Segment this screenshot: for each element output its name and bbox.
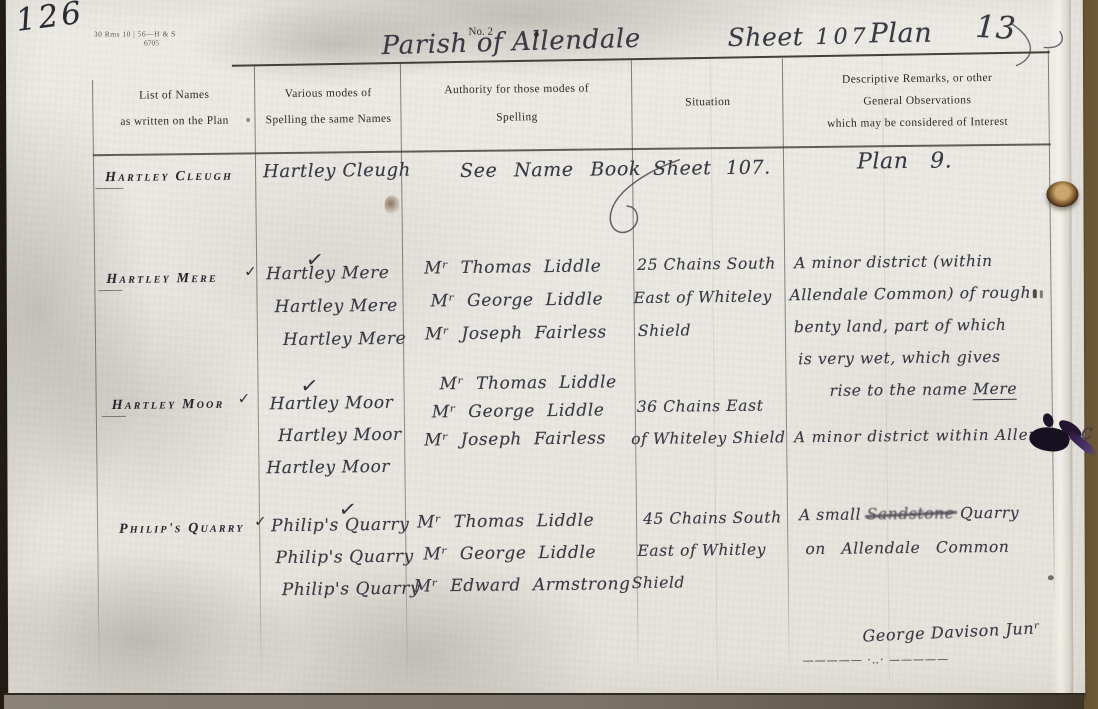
entry-remarks-line: is very wet, which gives — [798, 348, 1001, 368]
title-flourish — [1003, 19, 1074, 70]
ink-speck — [1033, 289, 1037, 298]
entry-authority: Mʳ Thomas Liddle — [417, 511, 594, 533]
ink-speck — [246, 118, 250, 122]
entry-lead-line — [102, 416, 126, 417]
title-plan-label: Plan — [869, 18, 932, 50]
entry-name: Hartley Moor — [112, 397, 225, 414]
ink-speck — [1048, 575, 1054, 580]
check-mark: ✓ — [238, 389, 251, 407]
tape-smudge — [384, 196, 399, 216]
remarks-pre-text: A small — [799, 506, 861, 525]
entry-name: Philip's Quarry — [119, 521, 245, 538]
check-mark: ✓ — [244, 262, 257, 280]
header-names-line2: as written on the Plan — [94, 114, 254, 128]
entry-situation-line: 25 Chains South — [637, 254, 776, 274]
entry-spelling: Hartley Moor — [270, 393, 394, 414]
ink-speck — [1040, 290, 1043, 298]
table-right-border — [1048, 49, 1055, 609]
scanned-document: 126 30 Rms 10 | 56—H & S 6705 No. 2 Pari… — [0, 0, 1098, 709]
entry-remarks-line: A small Sandstone Quarry — [799, 504, 1019, 524]
binding-hole — [1046, 181, 1078, 207]
entry-lead-line — [95, 188, 123, 189]
entry-remarks-line: A minor district (within — [794, 252, 993, 272]
entry-authority: Mʳ Thomas Liddle — [424, 256, 601, 278]
entry-situation-line: 36 Chains East — [637, 397, 764, 416]
entry-authority: Mʳ Joseph Fairless — [425, 322, 607, 344]
col-divider-4 — [782, 58, 790, 676]
title-parish: Parish of Allendale — [381, 24, 641, 61]
entry-spelling: Hartley Cleugh — [263, 160, 411, 183]
title-sheet-label: Sheet — [727, 22, 803, 52]
entry-situation-line: 45 Chains South — [643, 508, 782, 528]
header-situation: Situation — [633, 95, 782, 109]
entry-lead-line — [98, 290, 122, 291]
entry-situation-line: of Whiteley Shield — [631, 428, 786, 448]
entry-spelling: Philip's Quarry — [282, 579, 420, 601]
entry-authority: Mʳ Edward Armstrong — [414, 574, 631, 596]
remarks-post-text: Quarry — [960, 504, 1019, 523]
entry-remarks-line: Allendale Common) of rough — [789, 284, 1031, 305]
entry-authority: Mʳ Joseph Fairless — [424, 428, 606, 450]
struck-out-word: Sandstone — [867, 504, 955, 523]
ink-speck — [534, 32, 539, 37]
entry-spelling: Hartley Mere — [275, 296, 399, 317]
entry-situation-line: East of Whitley — [637, 541, 766, 560]
table-left-border — [92, 80, 100, 680]
header-remarks-line3: which may be considered of Interest — [787, 115, 1049, 130]
entry-situation-note: Sheet 107. — [653, 157, 771, 180]
entry-authority: Mʳ George Liddle — [430, 289, 603, 311]
table-layer: No. 2 Parish of Allendale Sheet 107 Plan… — [3, 0, 1088, 701]
entry-remarks-line: benty land, part of which — [794, 316, 1007, 336]
entry-authority: Mʳ Thomas Liddle — [439, 372, 616, 394]
entry-situation-line: East of Whiteley — [633, 288, 772, 308]
entry-spelling: Hartley Moor — [266, 457, 390, 478]
header-remarks-line2: General Observations — [786, 93, 1048, 108]
entry-name: Hartley Cleugh — [105, 169, 233, 186]
entry-spelling: Philip's Quarry — [275, 547, 413, 569]
header-authority-line2: Spelling — [402, 110, 631, 125]
header-authority-line1: Authority for those modes of — [402, 82, 631, 97]
signature-flourish-line: ————— ·‥· ————— — [803, 653, 949, 668]
title-sheet-value: 107 — [815, 24, 869, 50]
underlined-name-mere: Mere — [973, 380, 1017, 400]
header-spelling-line2: Spelling the same Names — [256, 113, 400, 127]
desk-shadow-strip — [4, 693, 1084, 709]
check-mark: ✓ — [254, 512, 267, 530]
entry-spelling: Philip's Quarry — [271, 515, 409, 537]
entry-authority: Mʳ George Liddle — [423, 543, 596, 565]
register-page: 126 30 Rms 10 | 56—H & S 6705 No. 2 Pari… — [6, 0, 1085, 699]
entry-situation-line: Shield — [632, 574, 685, 593]
entry-remarks-note: Plan 9. — [857, 148, 953, 174]
entry-situation-line: Shield — [638, 321, 691, 340]
entry-name: Hartley Mere — [106, 271, 218, 288]
entry-spelling: Hartley Mere — [283, 329, 407, 350]
entry-spelling: Hartley Mere — [266, 263, 390, 284]
header-names-line1: List of Names — [94, 88, 254, 102]
entry-spelling: Hartley Moor — [278, 425, 402, 446]
header-spelling-line1: Various modes of — [256, 87, 400, 101]
col-divider-1 — [254, 64, 262, 682]
header-remarks-line1: Descriptive Remarks, or other — [786, 71, 1048, 86]
entry-authority: Mʳ George Liddle — [432, 400, 605, 422]
remarks-tail-text: rise to the name — [830, 380, 968, 400]
entry-remarks-line: rise to the name Mere — [830, 380, 1018, 400]
entry-remarks-line: on Allendale Common — [805, 538, 1009, 558]
